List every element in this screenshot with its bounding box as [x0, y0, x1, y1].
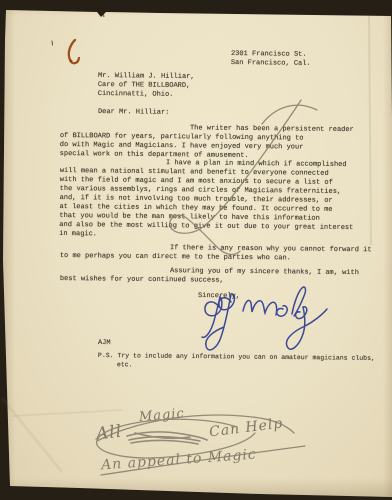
- salutation: Dear Mr. Hilliar:: [98, 108, 170, 118]
- closing-line: Sincerely,: [198, 292, 240, 301]
- body-paragraph-3: If there is any reason why you cannot fo…: [60, 243, 372, 264]
- pencil-word-can-help: Can Help: [208, 416, 284, 441]
- pencil-word-magic: Magic: [138, 406, 185, 425]
- typist-initials: AJM: [98, 339, 111, 348]
- pencil-word-all: All: [95, 422, 123, 445]
- body-paragraph-2: I have a plan in mind which if accomplis…: [59, 158, 372, 242]
- postscript: P.S. Try to include any information you …: [98, 351, 392, 372]
- body-paragraph-4: Assuring you of my sincere thanks, I am,…: [60, 266, 372, 287]
- photo-background: 2301 Francisco St. San Francisco, Cal. M…: [0, 0, 392, 500]
- body-paragraph-1: The writer has been a persistent reader …: [60, 123, 372, 162]
- sender-address: 2301 Francisco St. San Francisco, Cal.: [231, 50, 311, 69]
- recipient-address: Mr. William J. Hilliar, Care of THE BILL…: [98, 72, 195, 100]
- pencil-line-an-appeal-to-magic: An appeal to Magic: [101, 447, 258, 474]
- letter-paper: 2301 Francisco St. San Francisco, Cal. M…: [0, 0, 392, 500]
